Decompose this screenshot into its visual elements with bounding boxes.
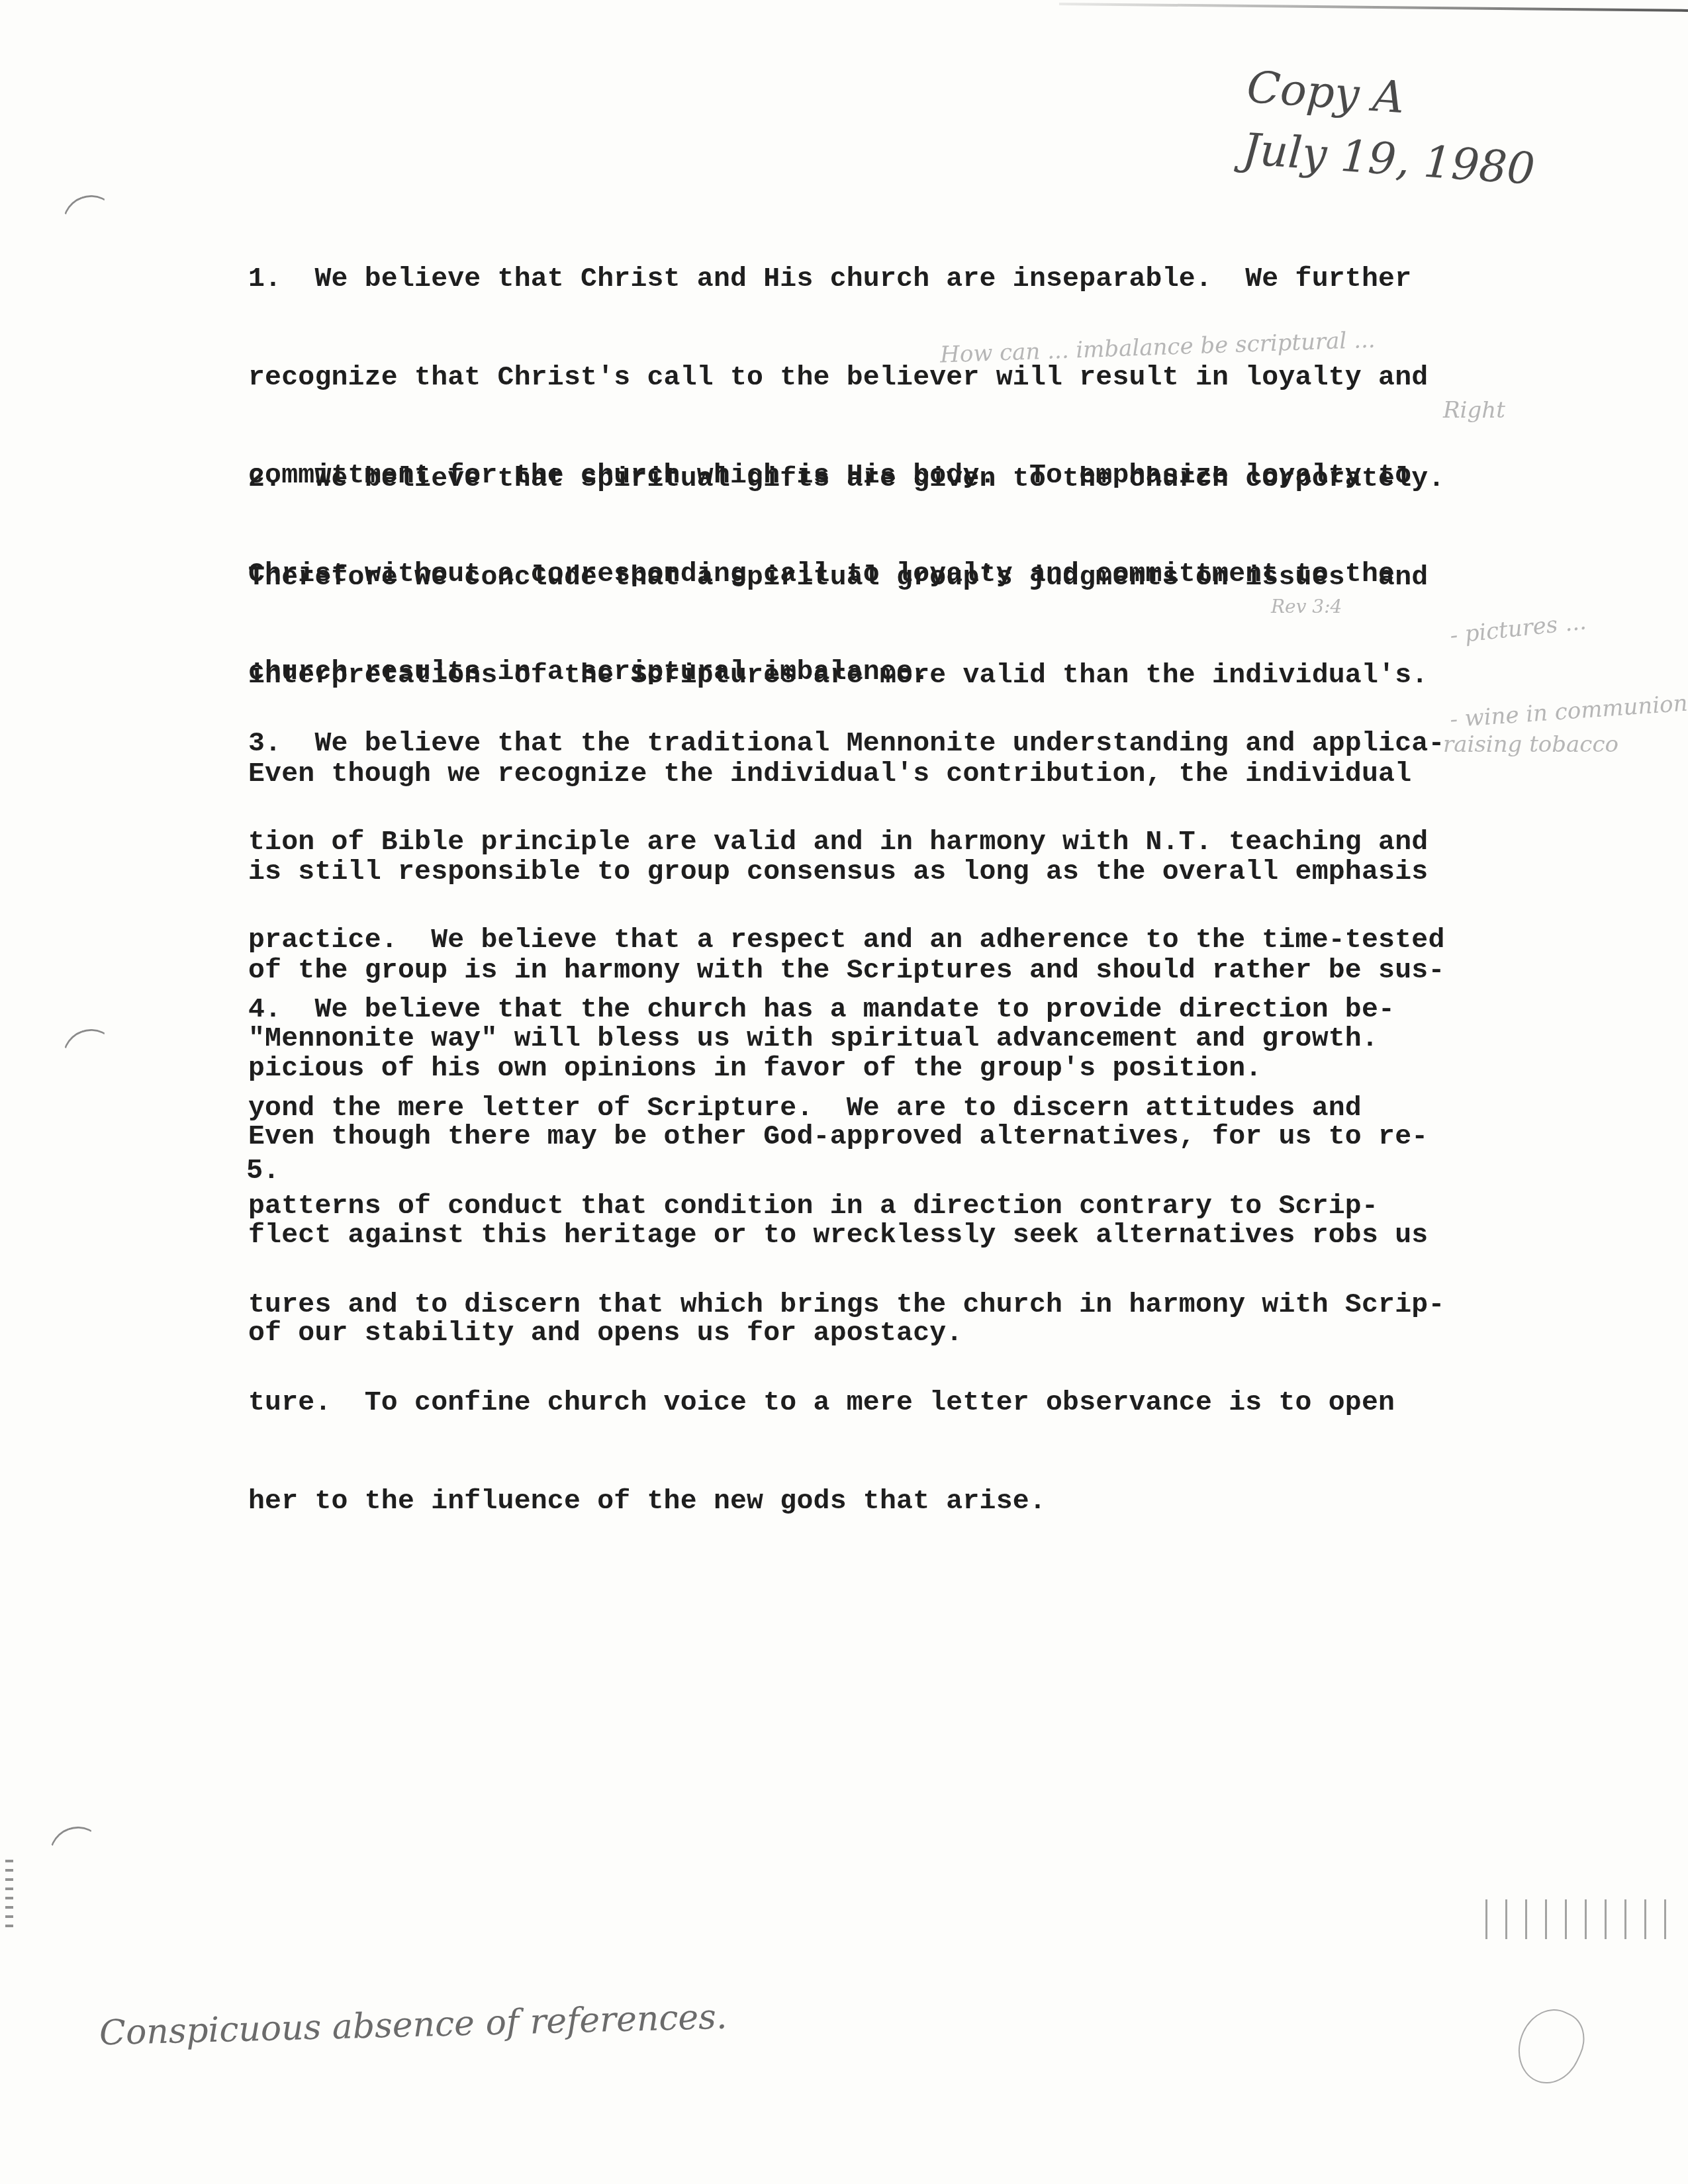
scan-artifact-marks: [1476, 1899, 1668, 1939]
text-line: ture. To confine church voice to a mere …: [248, 1387, 1453, 1420]
margin-note: Right: [1443, 397, 1505, 424]
scan-artifact-marks: [5, 1853, 13, 1933]
text-line: patterns of conduct that condition in a …: [248, 1190, 1453, 1223]
margin-note: raising tobacco: [1443, 731, 1618, 758]
hole-punch-mark: [42, 1819, 113, 1889]
text-line: 1. We believe that Christ and His church…: [248, 263, 1453, 296]
pencil-scribble: [1506, 1999, 1594, 2093]
text-line: 2. We believe that spiritual gifts are g…: [248, 463, 1453, 496]
hole-punch-mark: [55, 187, 126, 258]
handwritten-copy-label: Copy A July 19, 1980: [1241, 56, 1541, 201]
margin-note: - wine in communion: [1449, 690, 1688, 733]
hole-punch-mark: [55, 1021, 126, 1092]
paper-edge: [1059, 3, 1688, 12]
text-line: Therefore we conclude that a spiritual g…: [248, 561, 1453, 594]
paragraph-4: 4. We believe that the church has a mand…: [248, 928, 1453, 1551]
text-line: tion of Bible principle are valid and in…: [248, 826, 1453, 859]
text-line: 4. We believe that the church has a mand…: [248, 993, 1453, 1026]
margin-note: - pictures ...: [1448, 608, 1587, 649]
text-line: recognize that Christ's call to the beli…: [248, 361, 1453, 394]
item-5-number: 5.: [246, 1155, 279, 1187]
handwritten-bottom-note: Conspicuous absence of references.: [99, 1997, 727, 2054]
text-line: her to the influence of the new gods tha…: [248, 1485, 1453, 1518]
text-line: tures and to discern that which brings t…: [248, 1289, 1453, 1322]
text-line: yond the mere letter of Scripture. We ar…: [248, 1092, 1453, 1125]
margin-note: Rev 3:4: [1271, 596, 1342, 617]
text-line: 3. We believe that the traditional Menno…: [248, 727, 1453, 760]
